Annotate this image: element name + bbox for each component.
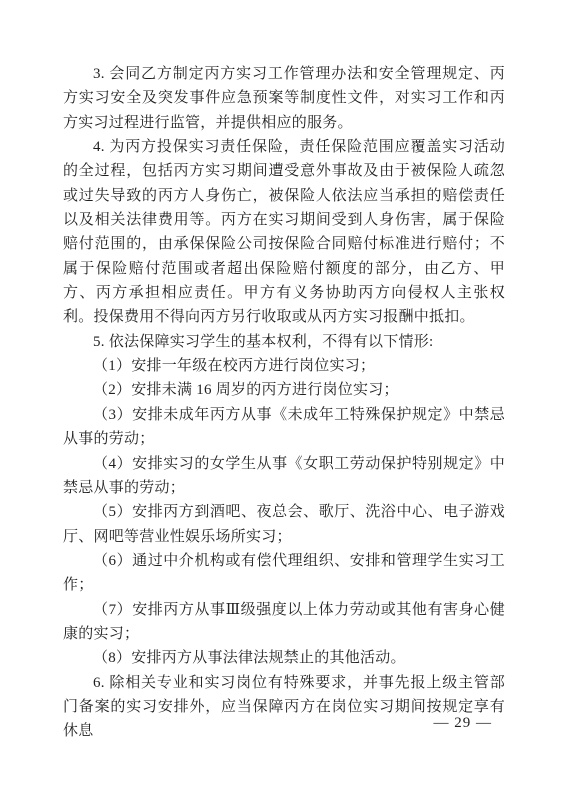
- paragraph-clause-5: 5. 依法保障实习学生的基本权利，不得有以下情形:: [63, 330, 505, 354]
- paragraph-item-6: （6）通过中介机构或有偿代理组织、安排和管理学生实习工作；: [63, 549, 505, 598]
- paragraph-item-5: （5）安排丙方到酒吧、夜总会、歌厅、洗浴中心、电子游戏厅、网吧等营业性娱乐场所实…: [63, 500, 505, 549]
- paragraph-item-1: （1）安排一年级在校丙方进行岗位实习；: [63, 354, 505, 378]
- document-page: 3. 会同乙方制定丙方实习工作管理办法和安全管理规定、丙方实习安全及突发事件应急…: [0, 0, 566, 800]
- page-number: — 29 —: [434, 715, 493, 732]
- paragraph-item-3: （3）安排未成年丙方从事《未成年工特殊保护规定》中禁忌从事的劳动；: [63, 403, 505, 452]
- paragraph-clause-3: 3. 会同乙方制定丙方实习工作管理办法和安全管理规定、丙方实习安全及突发事件应急…: [63, 62, 505, 135]
- paragraph-item-8: （8）安排丙方从事法律法规禁止的其他活动。: [63, 646, 505, 670]
- paragraph-item-4: （4）安排实习的女学生从事《女职工劳动保护特别规定》中禁忌从事的劳动；: [63, 452, 505, 501]
- document-body: 3. 会同乙方制定丙方实习工作管理办法和安全管理规定、丙方实习安全及突发事件应急…: [63, 62, 505, 744]
- paragraph-item-7: （7）安排丙方从事Ⅲ级强度以上体力劳动或其他有害身心健康的实习；: [63, 598, 505, 647]
- paragraph-clause-4: 4. 为丙方投保实习责任保险，责任保险范围应覆盖实习活动的全过程，包括丙方实习期…: [63, 135, 505, 330]
- paragraph-clause-6: 6. 除相关专业和实习岗位有特殊要求，并事先报上级主管部门备案的实习安排外，应当…: [63, 671, 505, 744]
- paragraph-item-2: （2）安排未满 16 周岁的丙方进行岗位实习；: [63, 378, 505, 402]
